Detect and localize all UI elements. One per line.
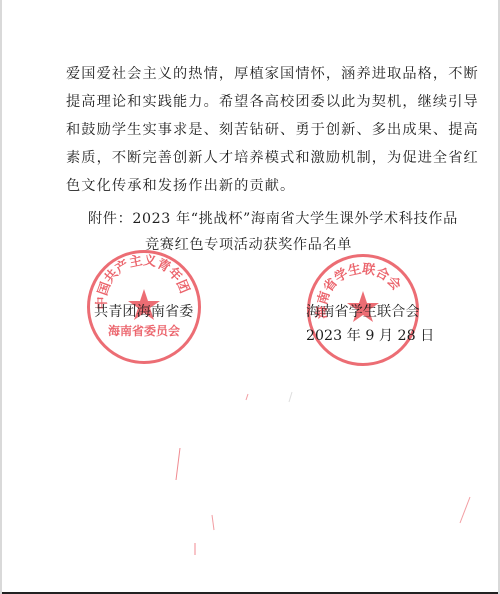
seal-bottom-text: 海南省委员会 (108, 323, 180, 338)
body-line: 提高理论和实践能力。希望各高校团委以此为契机，继续引导 (66, 88, 438, 116)
body-line: 色文化传承和发扬作出新的贡献。 (66, 172, 438, 200)
body-paragraph: 爱国爱社会主义的热情，厚植家国情怀，涵养进取品格，不断 提高理论和实践能力。希望… (66, 60, 438, 200)
signature-date: 2023 年 9 月 28 日 (306, 324, 434, 348)
body-line: 爱国爱社会主义的热情，厚植家国情怀，涵养进取品格，不断 (66, 60, 438, 88)
attachment-line-1: 附件：2023 年“挑战杯”海南省大学生课外学术科技作品 (88, 211, 458, 227)
document-page: 爱国爱社会主义的热情，厚植家国情怀，涵养进取品格，不断 提高理论和实践能力。希望… (2, 0, 498, 594)
signature-org-left: 共青团海南省委 (94, 300, 193, 324)
signature-org-right: 海南省学生联合会 (306, 300, 420, 324)
scan-artifacts (2, 380, 498, 590)
body-line: 素质，不断完善创新人才培养模式和激励机制，为促进全省红 (66, 144, 438, 172)
body-line: 和鼓励学生实事求是、刻苦钻研、勇于创新、多出成果、提高 (66, 116, 438, 144)
